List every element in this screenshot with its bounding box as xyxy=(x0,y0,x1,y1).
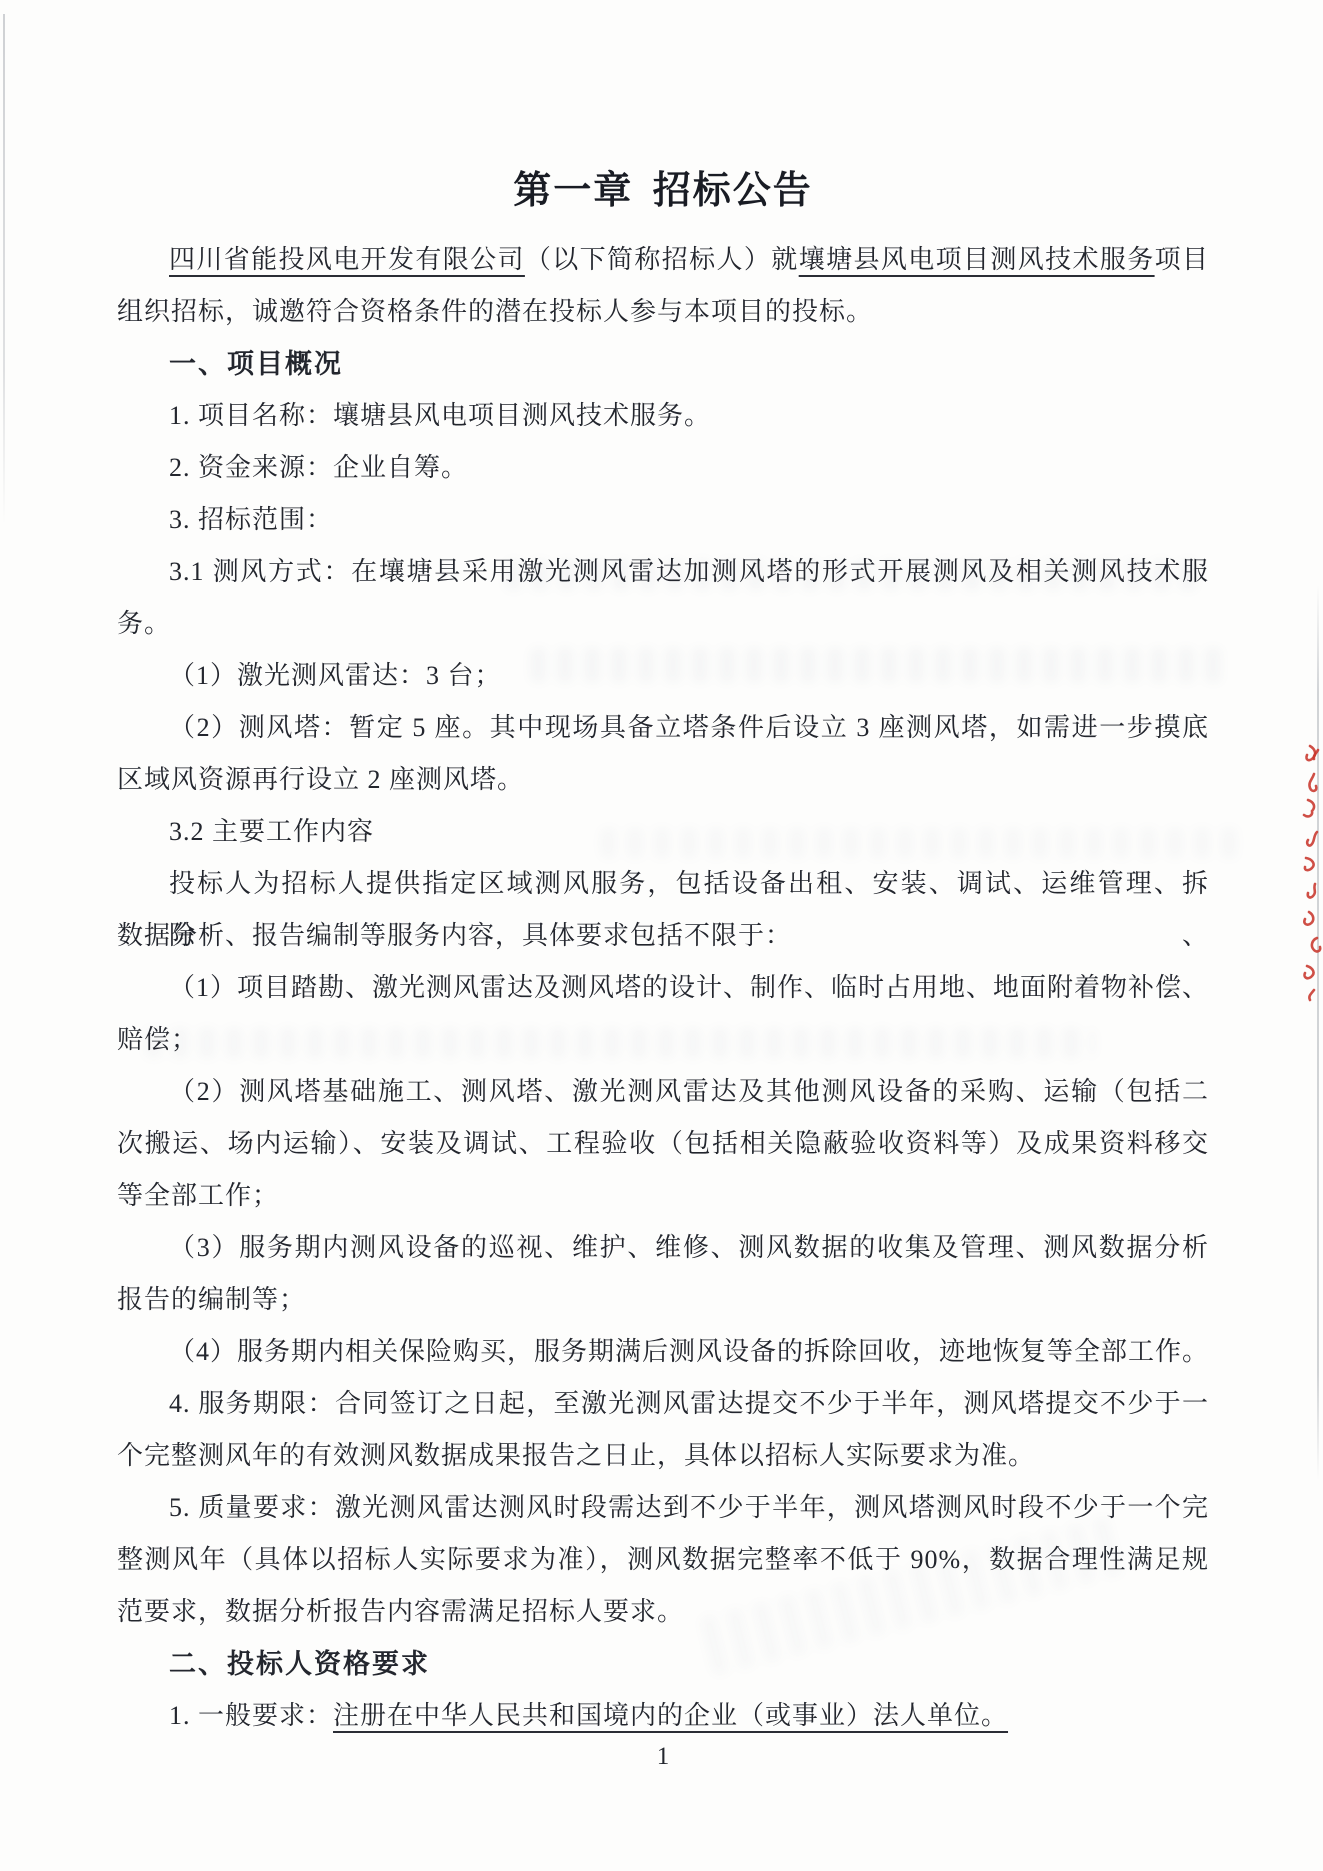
document-line: 报告的编制等； xyxy=(117,1274,1209,1326)
text-segment: 5. 质量要求：激光测风雷达测风时段需达到不少于半年，测风塔测风时段不少于一个完 xyxy=(169,1493,1209,1522)
text-segment: 3.1 测风方式：在壤塘县采用激光测风雷达加测风塔的形式开展测风及相关测风技术服 xyxy=(169,557,1209,586)
document-line: （1）激光测风雷达：3 台； xyxy=(117,650,1209,702)
text-segment: 数据分析、报告编制等服务内容，具体要求包括不限于： xyxy=(117,921,792,950)
document-line: 个完整测风年的有效测风数据成果报告之日止，具体以招标人实际要求为准。 xyxy=(117,1430,1209,1482)
document-line: 3.2 主要工作内容 xyxy=(117,806,1209,858)
text-segment: 赔偿； xyxy=(117,1025,198,1054)
document-line: （2）测风塔基础施工、测风塔、激光测风雷达及其他测风设备的采购、运输（包括二 xyxy=(117,1066,1209,1118)
document-line: 3.1 测风方式：在壤塘县采用激光测风雷达加测风塔的形式开展测风及相关测风技术服 xyxy=(117,546,1209,598)
document-line: 务。 xyxy=(117,598,1209,650)
text-segment: 壤塘县风电项目测风技术服务 xyxy=(799,245,1155,274)
document-line: 区域风资源再行设立 2 座测风塔。 xyxy=(117,754,1209,806)
document-line: （1）项目踏勘、激光测风雷达及测风塔的设计、制作、临时占用地、地面附着物补偿、 xyxy=(117,962,1209,1014)
text-segment: 个完整测风年的有效测风数据成果报告之日止，具体以招标人实际要求为准。 xyxy=(117,1441,1035,1470)
text-segment: 等全部工作； xyxy=(117,1181,279,1210)
page-title: 第一章 招标公告 xyxy=(117,163,1209,219)
document-line: 范要求，数据分析报告内容需满足招标人要求。 xyxy=(117,1586,1209,1638)
document-line: （4）服务期内相关保险购买，服务期满后测风设备的拆除回收，迹地恢复等全部工作。 xyxy=(117,1326,1209,1378)
text-segment: 报告的编制等； xyxy=(117,1285,306,1314)
document-line: 整测风年（具体以招标人实际要求为准），测风数据完整率不低于 90%，数据合理性满… xyxy=(117,1534,1209,1586)
document-line: （2）测风塔：暂定 5 座。其中现场具备立塔条件后设立 3 座测风塔，如需进一步… xyxy=(117,702,1209,754)
scanned-page: 第一章 招标公告 四川省能投风电开发有限公司（以下简称招标人）就壤塘县风电项目测… xyxy=(0,0,1323,1871)
text-segment: 项目 xyxy=(1155,245,1209,274)
document-line: 5. 质量要求：激光测风雷达测风时段需达到不少于半年，测风塔测风时段不少于一个完 xyxy=(117,1482,1209,1534)
document-line: 1. 项目名称：壤塘县风电项目测风技术服务。 xyxy=(117,390,1209,442)
document-line: 一、项目概况 xyxy=(117,338,1209,390)
text-segment: （2）测风塔：暂定 5 座。其中现场具备立塔条件后设立 3 座测风塔，如需进一步… xyxy=(169,713,1209,742)
document-line: 次搬运、场内运输）、安装及调试、工程验收（包括相关隐蔽验收资料等）及成果资料移交 xyxy=(117,1118,1209,1170)
text-segment: （1）激光测风雷达：3 台； xyxy=(169,661,502,690)
page-number: 1 xyxy=(117,1740,1209,1774)
text-segment: （3）服务期内测风设备的巡视、维护、维修、测风数据的收集及管理、测风数据分析 xyxy=(169,1233,1209,1262)
document-line: 2. 资金来源：企业自筹。 xyxy=(117,442,1209,494)
scan-edge-artifact-right xyxy=(1317,585,1319,1480)
document-line: 赔偿； xyxy=(117,1014,1209,1066)
scan-edge-artifact-left xyxy=(3,14,5,524)
text-segment: 3. 招标范围： xyxy=(169,505,333,534)
text-segment: 次搬运、场内运输）、安装及调试、工程验收（包括相关隐蔽验收资料等）及成果资料移交 xyxy=(117,1129,1209,1158)
text-segment: （以下简称招标人）就 xyxy=(525,245,799,274)
text-segment: 3.2 主要工作内容 xyxy=(169,817,374,846)
document-line: 投标人为招标人提供指定区域测风服务，包括设备出租、安装、调试、运维管理、拆除、 xyxy=(117,858,1209,910)
text-segment: （2）测风塔基础施工、测风塔、激光测风雷达及其他测风设备的采购、运输（包括二 xyxy=(169,1077,1209,1106)
text-segment: 注册在中华人民共和国境内的企业（或事业）法人单位。 xyxy=(333,1701,1008,1730)
text-segment: 一、项目概况 xyxy=(169,349,343,379)
text-segment: 四川省能投风电开发有限公司 xyxy=(169,245,525,274)
document-line: 组织招标，诚邀符合资格条件的潜在投标人参与本项目的投标。 xyxy=(117,286,1209,338)
document-line: （3）服务期内测风设备的巡视、维护、维修、测风数据的收集及管理、测风数据分析 xyxy=(117,1222,1209,1274)
text-segment: 2. 资金来源：企业自筹。 xyxy=(169,453,468,482)
text-segment: 组织招标，诚邀符合资格条件的潜在投标人参与本项目的投标。 xyxy=(117,297,873,326)
document-body: 四川省能投风电开发有限公司（以下简称招标人）就壤塘县风电项目测风技术服务项目组织… xyxy=(117,234,1209,1742)
text-segment: 区域风资源再行设立 2 座测风塔。 xyxy=(117,765,524,794)
document-line: 4. 服务期限：合同签订之日起，至激光测风雷达提交不少于半年，测风塔提交不少于一 xyxy=(117,1378,1209,1430)
document-line: 二、投标人资格要求 xyxy=(117,1638,1209,1690)
document-line: 四川省能投风电开发有限公司（以下简称招标人）就壤塘县风电项目测风技术服务项目 xyxy=(117,234,1209,286)
text-segment: （1）项目踏勘、激光测风雷达及测风塔的设计、制作、临时占用地、地面附着物补偿、 xyxy=(169,973,1209,1002)
document-line: 1. 一般要求：注册在中华人民共和国境内的企业（或事业）法人单位。 xyxy=(117,1690,1209,1742)
text-segment: （4）服务期内相关保险购买，服务期满后测风设备的拆除回收，迹地恢复等全部工作。 xyxy=(169,1337,1209,1366)
text-segment: 整测风年（具体以招标人实际要求为准），测风数据完整率不低于 90%，数据合理性满… xyxy=(117,1545,1209,1574)
document-line: 3. 招标范围： xyxy=(117,494,1209,546)
text-segment: 二、投标人资格要求 xyxy=(169,1649,430,1679)
text-segment: 务。 xyxy=(117,609,171,638)
document-line: 等全部工作； xyxy=(117,1170,1209,1222)
text-segment: 范要求，数据分析报告内容需满足招标人要求。 xyxy=(117,1597,684,1626)
text-segment: 1. 项目名称：壤塘县风电项目测风技术服务。 xyxy=(169,401,711,430)
text-segment: 4. 服务期限：合同签订之日起，至激光测风雷达提交不少于半年，测风塔提交不少于一 xyxy=(169,1389,1209,1418)
text-segment: 1. 一般要求： xyxy=(169,1701,333,1730)
